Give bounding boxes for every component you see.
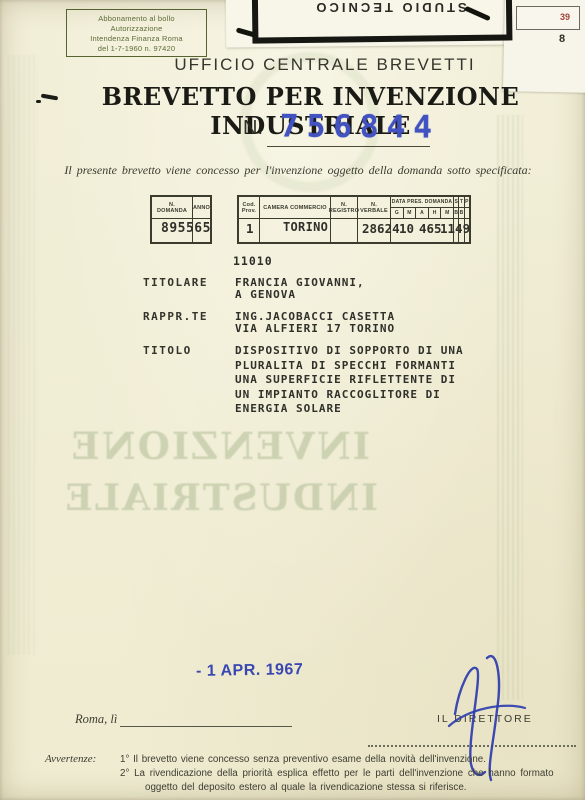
th-domanda-line2: DOMANDA bbox=[157, 208, 187, 214]
bollo-line-1: Abbonamento al bollo bbox=[67, 14, 206, 24]
th-sub-g: G bbox=[391, 208, 404, 218]
titolo-line5: ENERGIA SOLARE bbox=[235, 402, 485, 417]
studio-tecnico-text: STUDIO TECNICO bbox=[292, 0, 488, 15]
avvertenze-note2: 2° La rivendicazione della priorità espl… bbox=[120, 768, 568, 779]
bollo-stamp: Abbonamento al bollo Autorizzazione Inte… bbox=[66, 9, 207, 57]
th-cod-line2: Prov. bbox=[242, 208, 256, 214]
avvertenze-note2b: oggetto del deposito estero al quale la … bbox=[145, 782, 467, 793]
titolare-label: TITOLARE bbox=[143, 276, 208, 289]
application-table-right: Cod. Prov. CAMERA COMMERCIO N. REGISTRO … bbox=[237, 195, 471, 244]
value-n-domanda: 895565 bbox=[161, 221, 211, 236]
titolo-label: TITOLO bbox=[143, 344, 192, 357]
showthrough-word-industriale: INDUSTRIALE bbox=[100, 477, 378, 519]
date-subcolumns: G M A H M bbox=[391, 208, 453, 219]
office-heading: UFFICIO CENTRALE BREVETTI bbox=[65, 55, 585, 75]
titolo-line2: PLURALITA DI SPECCHI FORMANTI bbox=[235, 359, 485, 374]
bollo-line-3: Intendenza Finanza Roma bbox=[67, 34, 206, 44]
value-mese-anno: 465 bbox=[419, 221, 442, 236]
avvertenze-label: Avvertenze: bbox=[45, 753, 96, 765]
bollo-line-2: Autorizzazione bbox=[67, 24, 206, 34]
titolo-line4: UN IMPIANTO RACCOGLITORE DI bbox=[235, 388, 485, 403]
th-anno: ANNO bbox=[193, 205, 210, 211]
number-underline bbox=[267, 146, 430, 147]
bollo-line-4: del 1-7-1960 n. 97420 bbox=[67, 44, 206, 54]
th-sub-m2: M bbox=[441, 208, 453, 218]
value-camera: TORINO bbox=[283, 220, 328, 234]
th-sub-h: H bbox=[429, 208, 442, 218]
th-sub-m1: M bbox=[404, 208, 417, 218]
intro-line: Il presente brevetto viene concesso per … bbox=[58, 163, 538, 178]
value-cod-prov: 1 bbox=[246, 221, 254, 236]
patent-number-stamp: 756844 bbox=[280, 108, 440, 145]
rapprte-label: RAPPR.TE bbox=[143, 310, 208, 323]
th-verbale-line2: VERBALE bbox=[360, 208, 388, 214]
th-flag-p: P bbox=[465, 197, 469, 207]
th-flag-b3 bbox=[465, 208, 469, 218]
titolo-line1: DISPOSITIVO DI SOPPORTO DI UNA bbox=[235, 344, 485, 359]
avvertenze-note1: 1° Il brevetto viene concesso senza prev… bbox=[120, 754, 486, 765]
th-data-pres: DATA PRES. DOMANDA bbox=[392, 199, 452, 205]
rapprte-line2: VIA ALFIERI 17 TORINO bbox=[235, 322, 395, 335]
titolo-line3: UNA SUPERFICIE RIFLETTENTE DI bbox=[235, 373, 485, 388]
th-sub-a: A bbox=[416, 208, 429, 218]
guilloche-band-left bbox=[8, 55, 38, 655]
place-label: Roma, lì bbox=[75, 712, 117, 727]
patent-document-page: INVENZIONE INDUSTRIALE 39 8 STUDIO TECNI… bbox=[0, 0, 585, 800]
titolare-line2: A GENOVA bbox=[235, 288, 296, 301]
th-registro-line2: REGISTRO bbox=[329, 208, 359, 214]
titolo-lines: DISPOSITIVO DI SOPPORTO DI UNA PLURALITA… bbox=[235, 344, 485, 417]
date-stamp: - 1 APR. 1967 bbox=[196, 661, 304, 681]
director-signature bbox=[425, 648, 540, 788]
class-number: 11010 bbox=[233, 254, 273, 268]
strip-number-2: 8 bbox=[559, 33, 565, 45]
value-verbale: 28624 bbox=[362, 221, 400, 236]
application-table-left: N. DOMANDA ANNO bbox=[150, 195, 212, 244]
strip-number: 39 bbox=[560, 12, 570, 22]
number-label: N. bbox=[243, 117, 263, 140]
value-giorno: 10 bbox=[399, 221, 414, 236]
value-ora-min: 1149 bbox=[440, 221, 470, 236]
th-camera: CAMERA COMMERCIO bbox=[263, 205, 327, 211]
guilloche-band-right bbox=[497, 115, 523, 700]
strip-cell-box bbox=[516, 6, 580, 30]
showthrough-word-invenzione: INVENZIONE bbox=[108, 424, 370, 468]
place-fill-line bbox=[120, 713, 292, 727]
